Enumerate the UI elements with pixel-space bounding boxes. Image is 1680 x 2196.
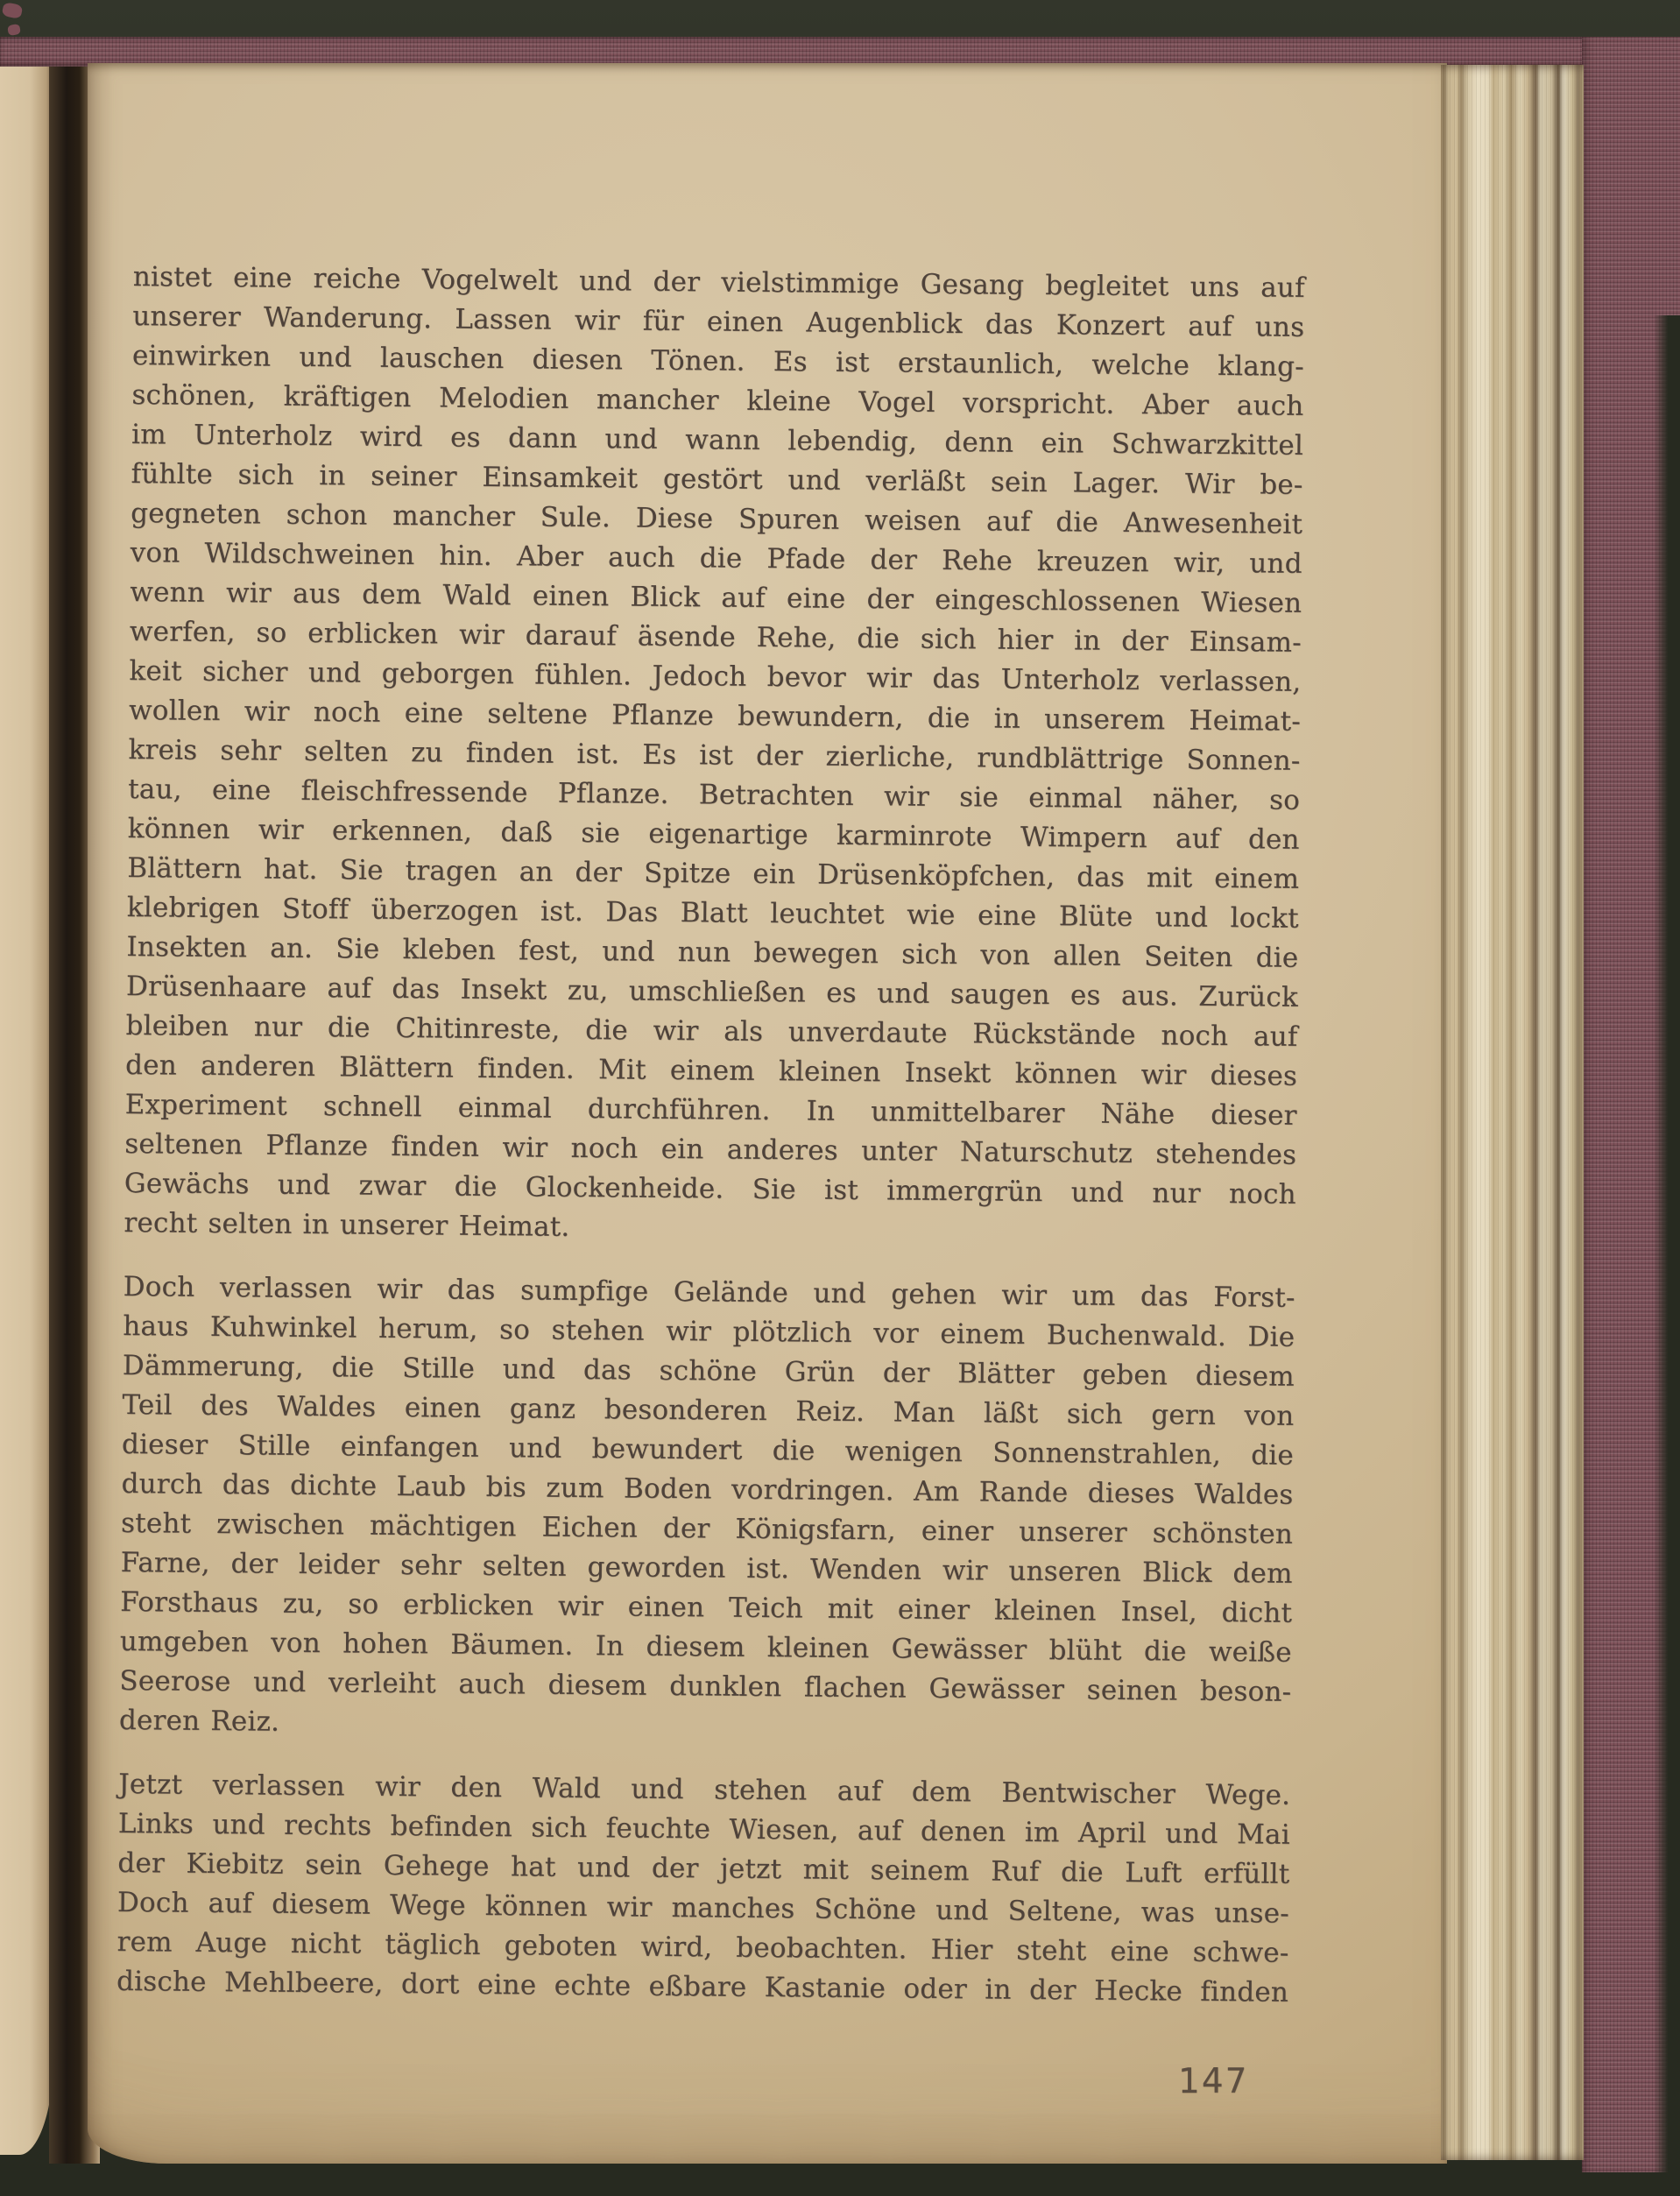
cover-corner-mark	[2, 2, 24, 19]
cover-corner-mark	[7, 24, 21, 36]
book-cover-top-edge	[0, 37, 1680, 67]
book-page: nistet eine reiche Vogelwelt und der vie…	[88, 63, 1447, 2164]
paragraph-2: Doch verlassen wir das sumpfige Gelände …	[119, 1267, 1295, 1752]
left-page-edge	[0, 67, 54, 2155]
page-number: 147	[1178, 2062, 1248, 2101]
book-photo: nistet eine reiche Vogelwelt und der vie…	[0, 0, 1680, 2196]
paragraph-3: Jetzt verlassen wir den Wald und stehen …	[116, 1765, 1291, 2013]
backdrop-right-shadow	[1654, 315, 1680, 2196]
paragraph-1: nistet eine reiche Vogelwelt und der vie…	[124, 258, 1305, 1254]
page-fore-edges	[1441, 65, 1584, 2160]
page-text: nistet eine reiche Vogelwelt und der vie…	[116, 258, 1305, 2013]
